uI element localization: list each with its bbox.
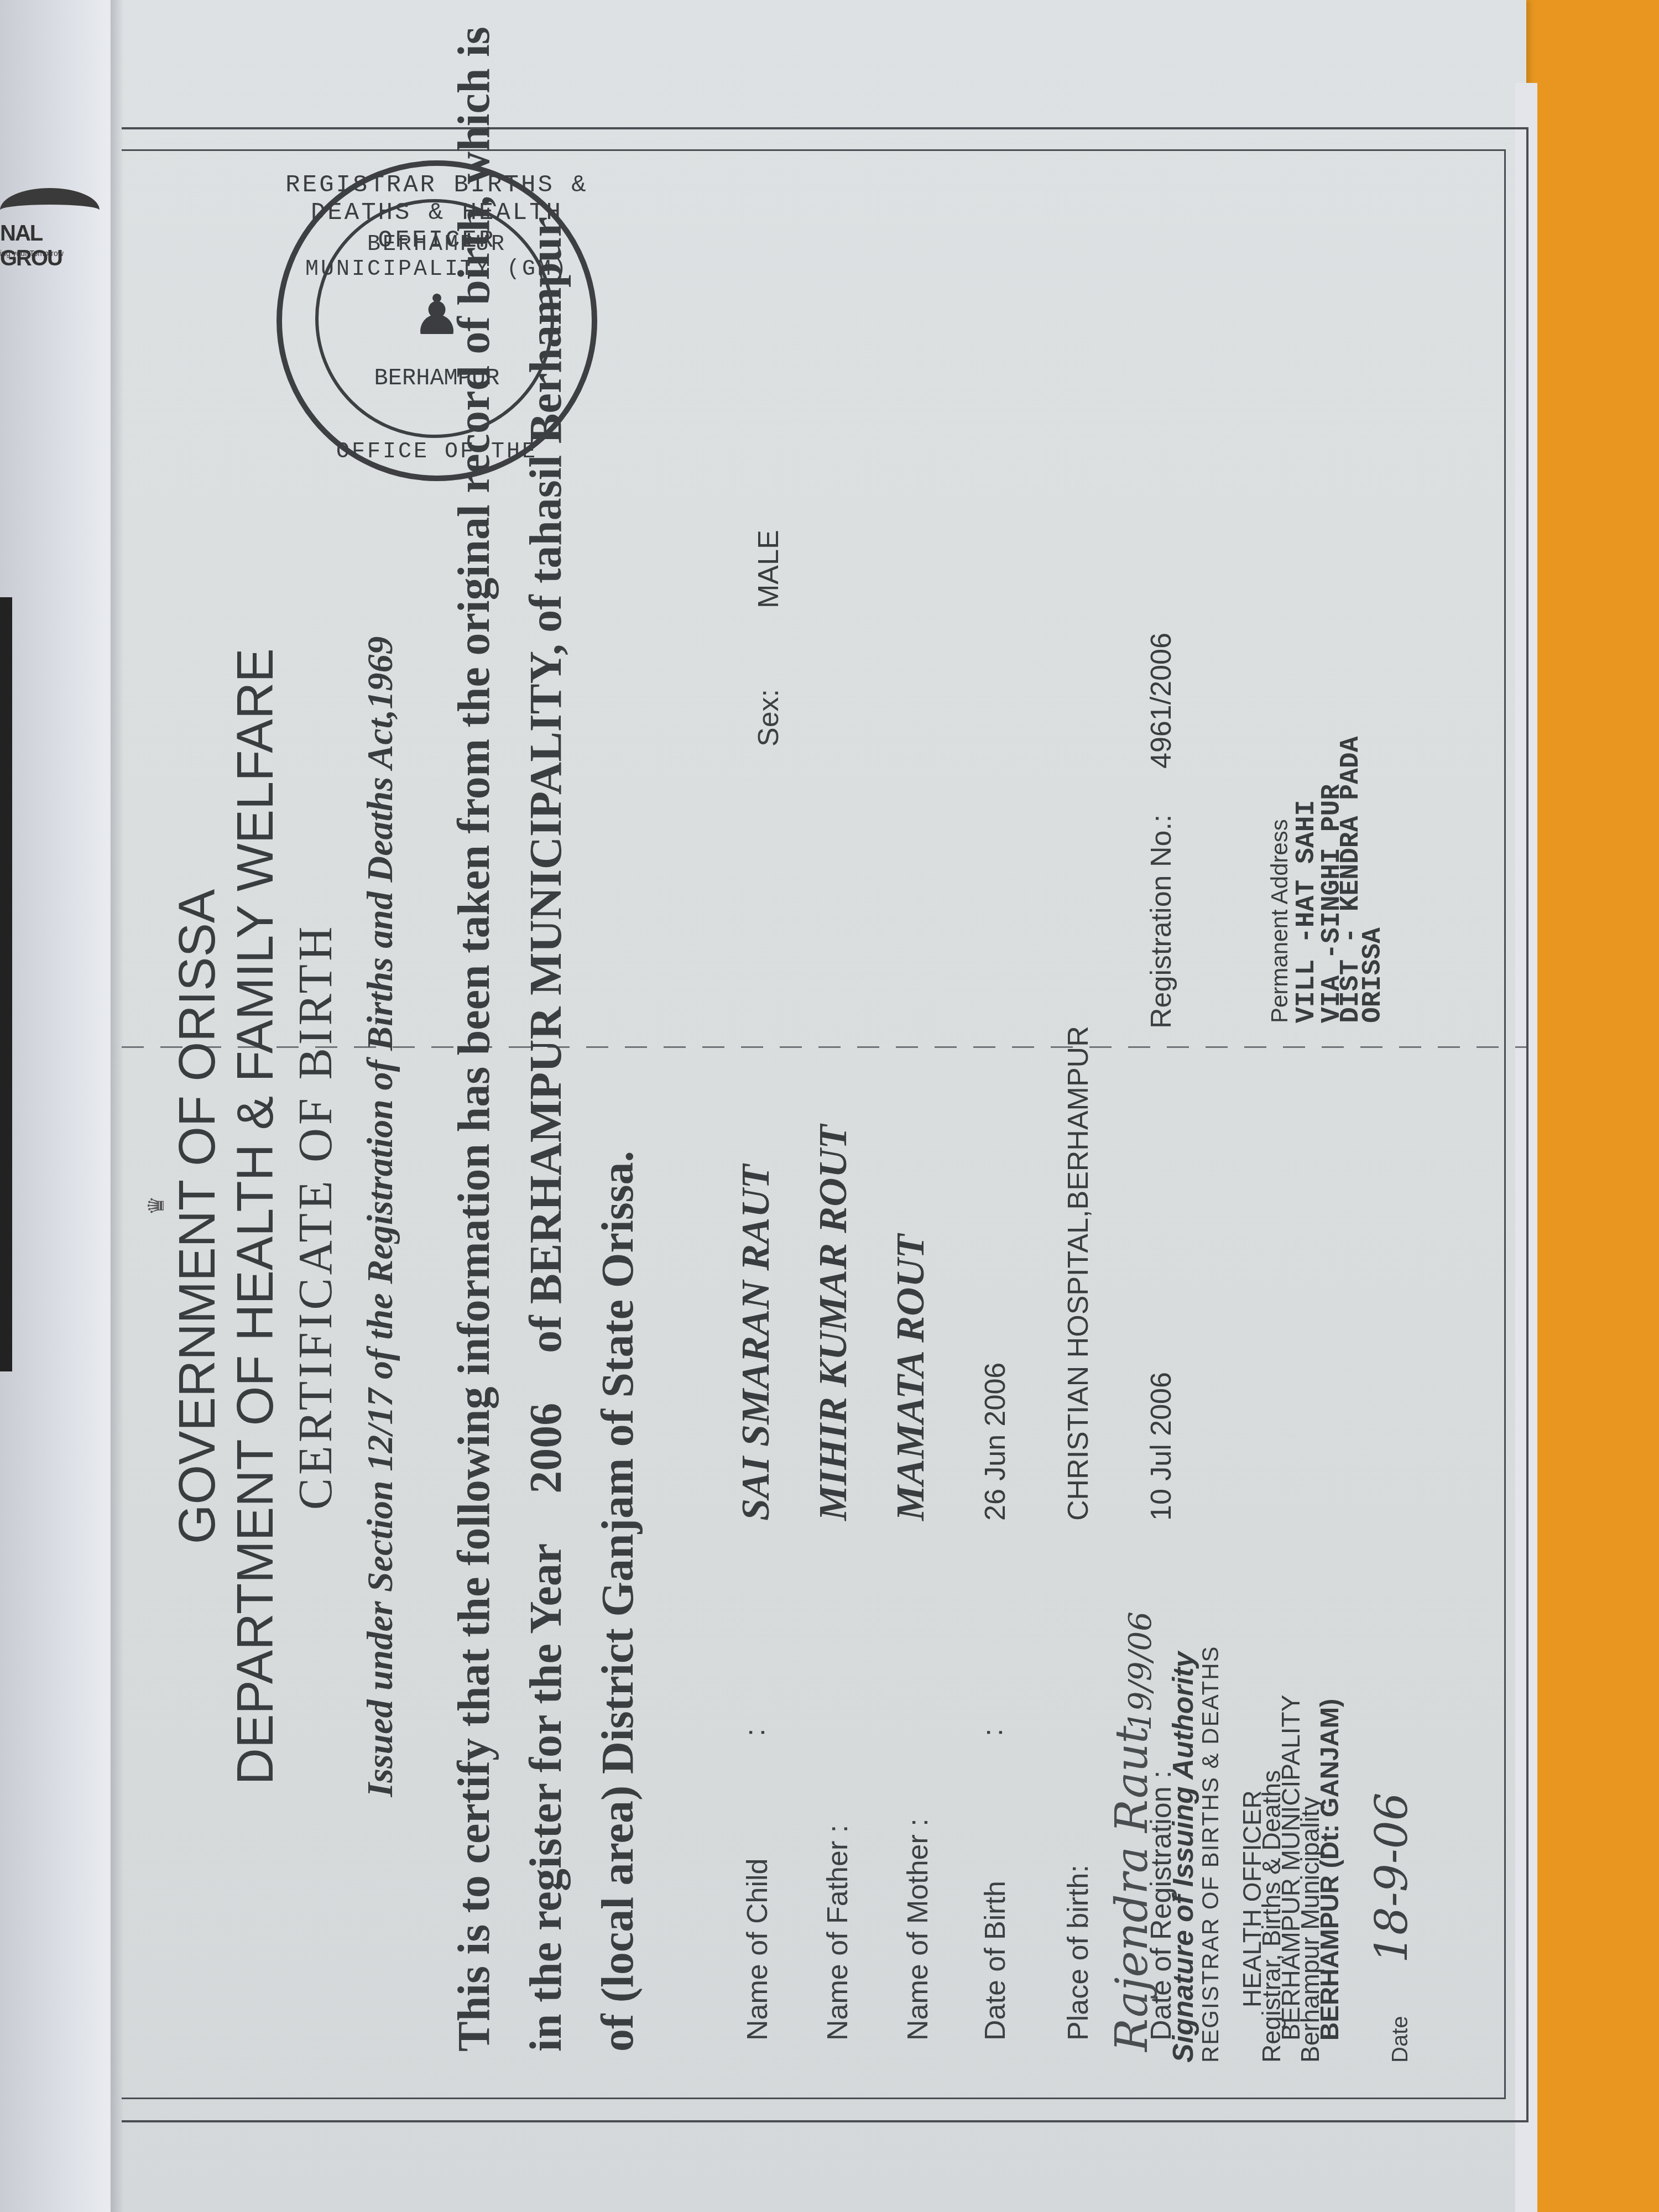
mother-name-value: MAMATA ROUT xyxy=(888,1234,933,1521)
date-of-birth-colon: : xyxy=(976,1729,1009,1736)
child-name-label: Name of Child xyxy=(741,1859,774,2041)
place-of-birth-label: Place of birth: xyxy=(1062,1865,1095,2041)
issuing-authority-title: Signature of Issuing Authority xyxy=(1167,1652,1200,2063)
signature-date: 19/9/06 xyxy=(1123,1611,1159,1731)
mother-name-label: Name of Mother : xyxy=(901,1818,935,2041)
child-name-value: SAI SMARAN RAUT xyxy=(733,1165,779,1521)
father-name-value: MIHIR KUMAR ROUT xyxy=(810,1125,856,1521)
father-name-label: Name of Father : xyxy=(821,1825,854,2041)
logo-text: NAL GROU xyxy=(0,221,105,271)
lion-capital-icon: ♟ xyxy=(404,282,470,348)
permanent-address-label: Permanent Address xyxy=(1266,819,1293,1023)
handwritten-signature: Rajendra Raut xyxy=(1106,1726,1157,2052)
register-year-prefix: in the register for the Year xyxy=(520,1543,571,2052)
government-heading: GOVERNMENT OF ORISSA xyxy=(169,359,227,2074)
certification-line-3: of (local area) District Ganjam of State… xyxy=(592,1151,644,2052)
certification-line-2: in the register for the Year2006of BERHA… xyxy=(520,217,572,2052)
register-year: 2006 xyxy=(520,1403,571,1494)
registrar-title: REGISTRAR OF BIRTHS & DEATHS xyxy=(1197,1645,1224,2063)
child-name-colon: : xyxy=(738,1729,771,1736)
booklet-edge xyxy=(0,597,12,1371)
date-of-birth-value: 26 Jun 2006 xyxy=(979,1363,1012,1521)
address-line: VILL -HAT SAHI xyxy=(1294,800,1319,1023)
address-line: ORISSA xyxy=(1360,927,1386,1023)
certificate-title: CERTIFICATE OF BIRTH xyxy=(288,359,343,2074)
stamp-line: BERHAMPUR (Dt: GANJAM) xyxy=(1319,1699,1340,2041)
seal-bottom-text: OFFICE OF THE xyxy=(282,440,592,465)
date-label: Date xyxy=(1388,2016,1413,2063)
logo-tagline: ing your Tomorrow xyxy=(0,249,64,258)
place-of-birth-value: CHRISTIAN HOSPITAL,BERHAMPUR xyxy=(1062,1026,1095,1521)
sex-label: Sex: xyxy=(752,689,785,747)
department-heading: DEPARTMENT OF HEALTH & FAMILY WELFARE xyxy=(227,359,285,2074)
registration-no-value: 4961/2006 xyxy=(1145,633,1178,769)
sex-value: MALE xyxy=(752,530,785,608)
registrar-seal: REGISTRAR BIRTHS & DEATHS & HEALTH OFFIC… xyxy=(276,160,597,481)
signature-block: Rajendra Raut 19/9/06 Signature of Issui… xyxy=(1100,1355,1598,2074)
seal-city: BERHAMPUR xyxy=(282,365,592,392)
registration-no-label: Registration No.: xyxy=(1145,815,1178,1029)
date-value: 18-9-06 xyxy=(1366,1792,1417,1963)
seal-middle-text: BERHAMPUR MUNICIPALITY (GM) xyxy=(282,232,592,282)
issued-under-text: Issued under Section 12/17 of the Regist… xyxy=(359,359,401,2074)
date-of-birth-label: Date of Birth xyxy=(979,1881,1012,2041)
booklet-logo: NAL GROU ing your Tomorrow xyxy=(0,166,105,288)
booklet-cover xyxy=(0,0,127,2212)
